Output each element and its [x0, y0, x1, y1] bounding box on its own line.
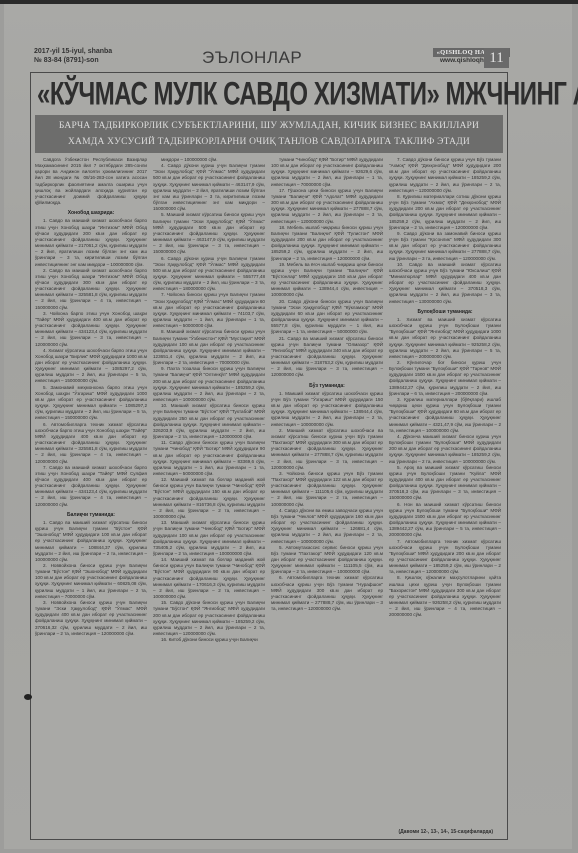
lot-paragraph: 5. Маиший хизмат кўрсатиш биноси қуриш у… — [153, 212, 265, 255]
banner-line-1: БАРЧА ТАДБИРКОРЛИК СУБЪЕКТЛАРИНИ, ШУ ЖУМ… — [35, 118, 503, 134]
lot-paragraph: 3. Қурилиш материаллари (бўёқлари) ишлаб… — [389, 397, 501, 434]
page-number: 11 — [484, 48, 509, 68]
lot-paragraph: 5. Ароқ ва маиший хизмат кўрсатиш биноси… — [389, 465, 501, 502]
lot-paragraph: 6. Автомобилларга техник хизмат кўрсатиш… — [35, 422, 147, 465]
lot-paragraph: 5. Замонавий меҳмонхона барпо этиш учун … — [35, 385, 147, 422]
district-heading: Бўз туманида: — [271, 383, 383, 389]
lot-paragraph: 21. Савдо ва маиший хизмат кўрсатиш бино… — [271, 336, 383, 379]
lot-paragraph: 9. Савдо дўкони ва замонавий биноси қури… — [389, 231, 501, 262]
lot-paragraph: 7. Савдо дўкони биноси қуриш учун Бўз ту… — [389, 157, 501, 194]
column-4: 7. Савдо дўкони биноси қуриш учун Бўз ту… — [389, 157, 501, 833]
lot-paragraph: 8. Қурилиш материаллари сотиш дўкони қур… — [389, 194, 501, 231]
district-heading: Булоқбоши туманида: — [389, 309, 501, 315]
lot-paragraph: 17. Гўшхона цехи биноси қуриш учун Балиқ… — [271, 188, 383, 225]
lot-paragraph: 6. Нон ва маиший хизмат кўрсатиш биноси … — [389, 502, 501, 539]
lot-paragraph: 4. Хизмат кўрсатиш шохобчаси барпо этиш … — [35, 348, 147, 385]
lot-paragraph: 10. Савдо ва маиший хизмат кўрсатиш шохо… — [389, 262, 501, 305]
lot-paragraph: 18. Мебель ишлаб чиқариш биноси қуриш уч… — [271, 225, 383, 262]
lot-paragraph: 7. Автомобилларга техник хизмат кўрсатиш… — [389, 539, 501, 576]
issue-number: № 83-84 (8791)-son — [34, 57, 112, 66]
lot-paragraph: 7. Чойхона биноси қуриш учун Балиқчи тум… — [153, 292, 265, 329]
masthead: 2017-yil 15-iyul, shanba № 83-84 (8791)-… — [34, 48, 510, 68]
lot-paragraph: 19. Мебель ва ёғоч ишлаб чиқариш цехи би… — [271, 262, 383, 299]
newspaper-page: 2017-yil 15-iyul, shanba № 83-84 (8791)-… — [4, 4, 572, 849]
lot-paragraph: 8. Маиший хизмат кўрсатиш биноси қуриш у… — [153, 329, 265, 366]
lot-paragraph: 5. Автомутахассис сервис биноси қуриш уч… — [271, 545, 383, 576]
advert-banner: БАРЧА ТАДБИРКОРЛИК СУБЪЕКТЛАРИНИ, ШУ ЖУМ… — [35, 115, 503, 153]
lot-paragraph: 2. Кўнгилочар боғ биноси қуриш учун Було… — [389, 360, 501, 397]
lot-paragraph: 15. Савдо дўкони биноси қуриш учун Балиқ… — [153, 600, 265, 637]
lot-paragraph: 2. Савдо ва маиший хизмат шохобчаси барп… — [35, 268, 147, 311]
lot-paragraph: 4. Савдо дўкони қуриш учун Балиқчи туман… — [153, 163, 265, 212]
lot-paragraph: 6. Автомобилларга техник хизмат кўрсатиш… — [271, 575, 383, 612]
district-heading: Хонобод шаҳрида: — [35, 210, 147, 216]
lot-paragraph: 11. Савдо дўкони биноси қуриш учун Балиқ… — [153, 440, 265, 477]
lot-paragraph: 2. Маиший хизмат кўрсатиш шохобчаси ва х… — [271, 428, 383, 471]
section-title: ЭЪЛОНЛАР — [202, 48, 302, 68]
column-1: Савдога Ўзбекистон Республикаси Вазирлар… — [35, 157, 147, 833]
issue-date: 2017-yil 15-iyul, shanba — [34, 48, 112, 57]
lot-paragraph: 8. Қишлоқ хўжалиги маҳсулотларини қайта … — [389, 575, 501, 618]
lot-paragraph: Савдога Ўзбекистон Республикаси Вазирлар… — [35, 157, 147, 206]
banner-line-2: ХАМДА ХУСУСИЙ ТАДБИРКОРЛАРНИ ОЧИҚ ТАНЛОВ… — [35, 134, 503, 150]
lot-paragraph: 2. Новвойхона биноси қуриш учун Балиқчи … — [35, 563, 147, 600]
lot-paragraph: 1. Маиший хизмат кўрсатиш шохобчаси қури… — [271, 391, 383, 428]
lot-paragraph: 3. Чойхона барпо этиш учун Хонобод шаҳри… — [35, 311, 147, 348]
lot-paragraph: 1. Савдо ва маиший хизмат шохобчаси барп… — [35, 218, 147, 267]
issue-info: 2017-yil 15-iyul, shanba № 83-84 (8791)-… — [34, 48, 112, 65]
lot-paragraph: 20. Савдо дўкони биноси қуриш учун Балиқ… — [271, 299, 383, 336]
lot-paragraph: 16. Китоб дўкони биноси қуриш учун Балиқ… — [153, 637, 265, 643]
continuation-note: (Давоми 12-, 13-, 14-, 15-саҳифаларда) — [398, 829, 493, 835]
lot-paragraph: 10. Маиший хизмат кўрсатиш биноси қуриш … — [153, 403, 265, 440]
column-3: тумани "Чинобод" ҚФЙ "Ботир" МФЙ ҳудудид… — [271, 157, 383, 833]
lot-paragraph: 6. Савдо дўкони қуриш учун Балиқчи туман… — [153, 256, 265, 293]
advert-columns: Савдога Ўзбекистон Республикаси Вазирлар… — [35, 157, 503, 833]
ink-stain — [24, 694, 32, 700]
lot-paragraph: 12. Маиший хизмат ва боғлар маданий жой … — [153, 477, 265, 520]
lot-paragraph: 4. Дўконча маиший хизмат биноси қуриш уч… — [389, 434, 501, 465]
lot-paragraph: 7. Савдо ва маиший хизмат шохобчаси барп… — [35, 465, 147, 508]
lot-paragraph: 1. Хизмат ва маиший хизмат кўрсатиш шохо… — [389, 317, 501, 360]
district-heading: Балиқчи туманида: — [35, 512, 147, 518]
lot-paragraph: 4. Савдо дўкони ва емиш заводчаси қуриш … — [271, 508, 383, 545]
lot-paragraph: 3. Новвойхона биноси қуриш учун Балиқчи … — [35, 600, 147, 637]
lot-paragraph: 9. Пахта тозалаш биноси қуриш учун Балиқ… — [153, 366, 265, 403]
column-2: миқдори – 100000000 сўм.4. Савдо дўкони … — [153, 157, 265, 833]
lot-paragraph: 3. Чойхона биноси қуриш учун Бўз тумани … — [271, 471, 383, 508]
lot-paragraph: тумани "Чинобод" ҚФЙ "Ботир" МФЙ ҳудудид… — [271, 157, 383, 188]
lot-paragraph: 1. Савдо ва маиший хизмат кўрсатиш бинос… — [35, 520, 147, 563]
lot-paragraph: 14. Маиший хизмат ва боғлар маданий жой … — [153, 557, 265, 600]
lot-paragraph: 13. Маиший хизмат кўрсатиш биноси қуриш … — [153, 520, 265, 557]
advert-frame: «КЎЧМАС МУЛК САВДО ХИЗМАТИ» МЖЧНИНГ АНДИ… — [30, 72, 508, 840]
